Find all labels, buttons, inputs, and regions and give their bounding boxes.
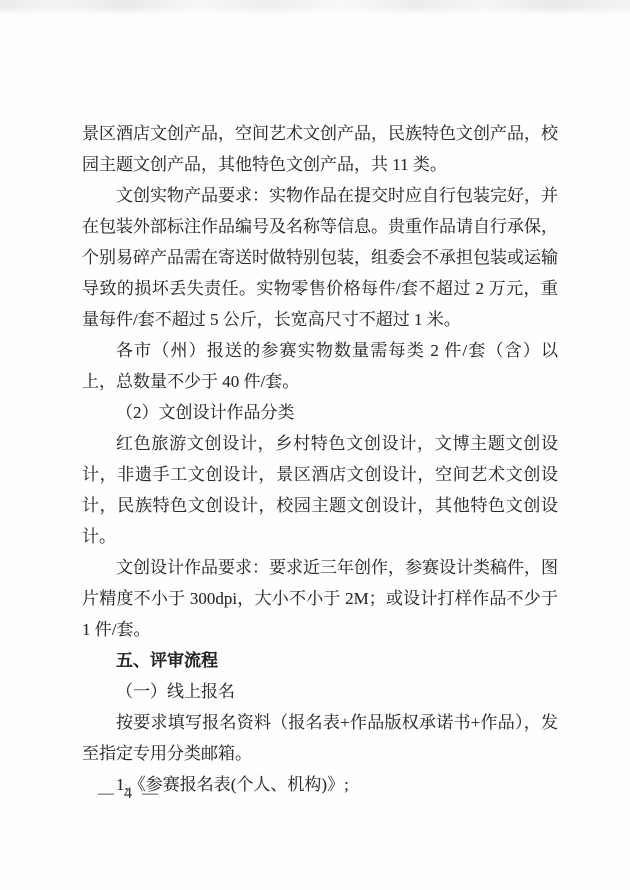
page-number-footer: — 4 — [98,785,161,803]
para-physical-product-requirements: 文创实物产品要求：实物作品在提交时应自行包装完好，并在包装外部标注作品编号及名称… [82,180,558,335]
section-heading-review-process: 五、评审流程 [82,645,558,676]
para-design-categories: 红色旅游文创设计，乡村特色文创设计，文博主题文创设计，非遗手工文创设计，景区酒店… [82,428,558,552]
subheading-design-work-classification: （2）文创设计作品分类 [82,397,558,428]
para-design-work-requirements: 文创设计作品要求：要求近三年创作，参赛设计类稿件，图片精度不小于 300dpi，… [82,552,558,645]
document-body: 景区酒店文创产品，空间艺术文创产品，民族特色文创产品，校园主题文创产品，其他特色… [82,118,558,800]
para-submission-quantity: 各市（州）报送的参赛实物数量需每类 2 件/套（含）以上，总数量不少于 40 件… [82,335,558,397]
document-page: 景区酒店文创产品，空间艺术文创产品，民族特色文创产品，校园主题文创产品，其他特色… [0,0,630,890]
para-product-categories-continued: 景区酒店文创产品，空间艺术文创产品，民族特色文创产品，校园主题文创产品，其他特色… [82,118,558,180]
scan-artifact-band [0,0,630,16]
subsection-heading-online-registration: （一）线上报名 [82,676,558,707]
para-registration-instructions: 按要求填写报名资料（报名表+作品版权承诺书+作品），发至指定专用分类邮箱。 [82,707,558,769]
